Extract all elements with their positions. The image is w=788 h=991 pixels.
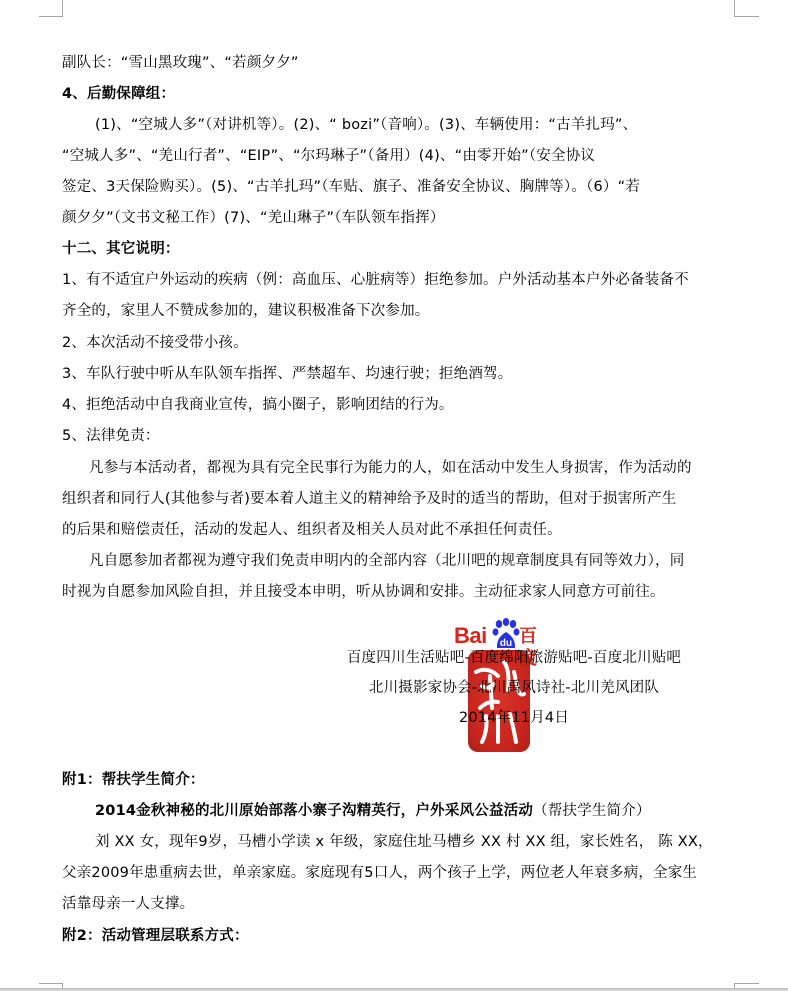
logistics-heading: 4、后勤保障组： <box>62 84 175 104</box>
logistics-line-3: 签定、3天保险购买）。(5)、“古羊扎玛”（车贴、旗子、准备安全协议、胸牌等）。… <box>62 177 640 197</box>
crop-mark-top-left <box>39 0 63 17</box>
rule-1-line-a: 1、有不适宜户外运动的疾病（例：高血压、心脏病等）拒绝参加。户外活动基本户外必备… <box>62 270 689 290</box>
document-page: 副队长：“雪山黑玫瑰”、“若颜夕夕” 4、后勤保障组： (1)、“空城人多”（对… <box>0 0 788 988</box>
appendix-2-heading: 附2：活动管理层联系方式： <box>62 926 249 946</box>
signature-line-2: 北川摄影家协会-北川禹风诗社-北川羌风团队 <box>120 678 788 698</box>
disclaimer-line-2a: 凡自愿参加者都视为遵守我们免责申明内的全部内容（北川吧的规章制度具有同等效力），… <box>89 551 684 571</box>
baidu-paw-icon: du <box>492 618 520 650</box>
logistics-line-4: 颜夕夕”（文书文秘工作）(7)、“羌山琳子”（车队领车指挥） <box>62 208 445 228</box>
rule-3-line: 3、车队行驶中听从车队领车指挥、严禁超车、均速行驶；拒绝酒驾。 <box>62 364 512 384</box>
logistics-line-1: (1)、“空城人多”（对讲机等）。(2)、“ bozi”（音响）。(3)、车辆使… <box>95 115 637 135</box>
disclaimer-line-1a: 凡参与本活动者，都视为具有完全民事行为能力的人，如在活动中发生人身损害，作为活动… <box>89 458 692 478</box>
appendix-1-body-line-c: 活靠母亲一人支撑。 <box>62 894 194 914</box>
rule-1-line-b: 齐全的，家里人不赞成参加的，建议积极准备下次参加。 <box>62 301 430 321</box>
vice-captain-line: 副队长：“雪山黑玫瑰”、“若颜夕夕” <box>62 53 299 73</box>
appendix-1-heading: 附1：帮扶学生简介： <box>62 770 205 790</box>
appendix-1-title-suffix: （帮扶学生简介） <box>533 803 651 819</box>
signature-line-1: 百度四川生活贴吧-百度绵阳旅游贴吧-百度北川贴吧 <box>120 648 788 668</box>
rule-4-line: 4、拒绝活动中自我商业宣传，搞小圈子，影响团结的行为。 <box>62 395 454 415</box>
baidu-logo-latin: Bai <box>454 624 487 648</box>
appendix-1-title-main: 2014金秋神秘的北川原始部落小寨子沟精英行，户外采风公益活动 <box>95 803 533 819</box>
rule-5-line: 5、法律免责： <box>62 426 160 446</box>
disclaimer-line-2b: 时视为自愿参加风险自担，并且接受本申明，听从协调和安排。主动征求家人同意方可前往… <box>62 582 665 602</box>
rule-2-line: 2、本次活动不接受带小孩。 <box>62 333 248 353</box>
other-notes-heading: 十二、其它说明： <box>62 239 180 259</box>
appendix-1-body-line-b: 父亲2009年患重病去世，单亲家庭。家庭现有5口人，两个孩子上学，两位老人年衰多… <box>62 863 697 883</box>
baidu-logo: Bai du 百度 <box>452 618 552 652</box>
signature-date: 2014年11月4日 <box>120 708 788 728</box>
appendix-1-body-line-a: 刘 XX 女，现年9岁，马槽小学读 x 年级，家庭住址马槽乡 XX 村 XX 组… <box>95 832 713 852</box>
appendix-1-title: 2014金秋神秘的北川原始部落小寨子沟精英行，户外采风公益活动（帮扶学生简介） <box>95 801 651 821</box>
crop-mark-top-right <box>734 0 759 17</box>
disclaimer-line-1c: 的后果和赔偿责任，活动的发起人、组织者及相关人员对此不承担任何责任。 <box>62 520 562 540</box>
disclaimer-line-1b: 组织者和同行人(其他参与者)要本着人道主义的精神给予及时的适当的帮助，但对于损害… <box>62 489 676 509</box>
logistics-line-2: “空城人多”、“羌山行者”、“EIP”、“尔玛琳子”（备用）(4)、“由零开始”… <box>62 146 595 166</box>
